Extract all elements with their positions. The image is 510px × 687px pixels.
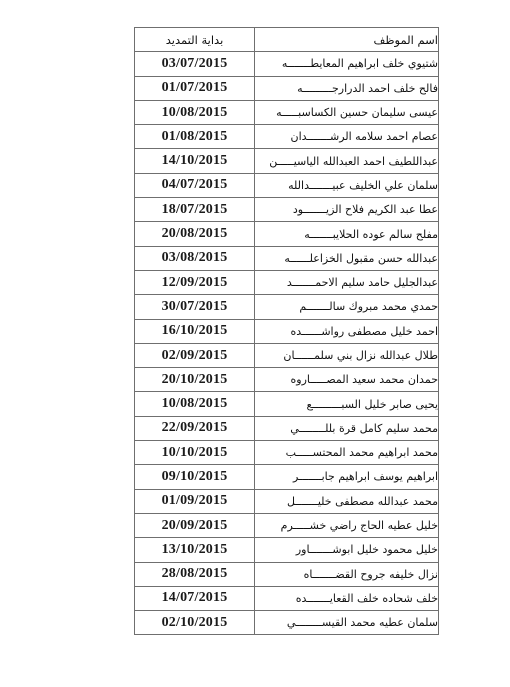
- extension-start-date: 13/10/2015: [135, 538, 255, 562]
- employee-name: سلمان عطيه محمد القيســــــــي: [255, 611, 439, 635]
- extension-start-date: 10/10/2015: [135, 441, 255, 465]
- employee-name: محمد ابراهيم محمد المحتســـــب: [255, 441, 439, 465]
- extension-start-date: 14/07/2015: [135, 586, 255, 610]
- header-employee-name: اسم الموظف: [255, 28, 439, 52]
- employee-name: محمد سليم كامل قرة بللــــــــي: [255, 416, 439, 440]
- table-row: 12/09/2015عبدالجليل حامد سليم الاحمـــــ…: [135, 270, 439, 294]
- extension-start-date: 10/08/2015: [135, 100, 255, 124]
- extension-start-date: 04/07/2015: [135, 173, 255, 197]
- table-row: 13/10/2015خليل محمود خليل ابوشـــــــاور: [135, 538, 439, 562]
- employee-name: سلمان علي الخليف عبيـــــــدالله: [255, 173, 439, 197]
- employee-name: عطا عبد الكريم فلاح الزيـــــــود: [255, 198, 439, 222]
- employee-name: عبداللطيف احمد العبدالله الياسيـــــن: [255, 149, 439, 173]
- employee-name: شتيوي خلف ابراهيم المعايطـــــــه: [255, 52, 439, 76]
- employee-name: خليل عطيه الحاج راضي خشـــــرم: [255, 513, 439, 537]
- extension-start-date: 02/10/2015: [135, 611, 255, 635]
- table-row: 04/07/2015سلمان علي الخليف عبيـــــــدال…: [135, 173, 439, 197]
- extension-start-date: 14/10/2015: [135, 149, 255, 173]
- employee-name: مفلح سالم عوده الحلايبـــــــه: [255, 222, 439, 246]
- extension-start-date: 22/09/2015: [135, 416, 255, 440]
- employee-name: احمد خليل مصطفى رواشــــــده: [255, 319, 439, 343]
- table-header-row: بداية التمديد اسم الموظف: [135, 28, 439, 52]
- employee-name: حمدي محمد مبروك سالـــــــم: [255, 295, 439, 319]
- table-row: 10/08/2015عيسى سليمان حسين الكساسبـــــه: [135, 100, 439, 124]
- table-body: 03/07/2015شتيوي خلف ابراهيم المعايطـــــ…: [135, 52, 439, 635]
- table-row: 20/10/2015حمدان محمد سعيد المصـــــاروه: [135, 368, 439, 392]
- extension-start-date: 12/09/2015: [135, 270, 255, 294]
- employee-name: عصام احمد سلامه الرشـــــــدان: [255, 125, 439, 149]
- extension-start-date: 01/08/2015: [135, 125, 255, 149]
- table-row: 03/07/2015شتيوي خلف ابراهيم المعايطـــــ…: [135, 52, 439, 76]
- table-row: 02/10/2015سلمان عطيه محمد القيســــــــي: [135, 611, 439, 635]
- employee-name: فالح خلف احمد الدرارجـــــــــه: [255, 76, 439, 100]
- table-row: 20/08/2015مفلح سالم عوده الحلايبـــــــه: [135, 222, 439, 246]
- employee-name: عبدالله حسن مقبول الخزاعلــــــه: [255, 246, 439, 270]
- extension-start-date: 10/08/2015: [135, 392, 255, 416]
- table-row: 30/07/2015حمدي محمد مبروك سالـــــــم: [135, 295, 439, 319]
- employee-name: عيسى سليمان حسين الكساسبـــــه: [255, 100, 439, 124]
- extension-start-date: 20/08/2015: [135, 222, 255, 246]
- document-page: بداية التمديد اسم الموظف 03/07/2015شتيوي…: [0, 0, 510, 687]
- employee-name: محمد عبدالله مصطفى خليـــــــل: [255, 489, 439, 513]
- extension-start-date: 20/10/2015: [135, 368, 255, 392]
- extension-start-date: 01/09/2015: [135, 489, 255, 513]
- extension-start-date: 28/08/2015: [135, 562, 255, 586]
- employee-name: طلال عبدالله نزال بني سلمــــــان: [255, 343, 439, 367]
- employee-name: ابراهيم يوسف ابراهيم جابـــــــر: [255, 465, 439, 489]
- table-row: 20/09/2015خليل عطيه الحاج راضي خشـــــرم: [135, 513, 439, 537]
- table-row: 01/07/2015فالح خلف احمد الدرارجـــــــــ…: [135, 76, 439, 100]
- employee-name: خليل محمود خليل ابوشـــــــاور: [255, 538, 439, 562]
- employee-name: عبدالجليل حامد سليم الاحمـــــــد: [255, 270, 439, 294]
- table-row: 10/10/2015محمد ابراهيم محمد المحتســـــب: [135, 441, 439, 465]
- extension-start-date: 16/10/2015: [135, 319, 255, 343]
- extension-start-date: 02/09/2015: [135, 343, 255, 367]
- table-row: 28/08/2015نزال خليفه جروح القضـــــــاه: [135, 562, 439, 586]
- table-row: 18/07/2015عطا عبد الكريم فلاح الزيــــــ…: [135, 198, 439, 222]
- extension-table: بداية التمديد اسم الموظف 03/07/2015شتيوي…: [134, 27, 439, 635]
- extension-start-date: 01/07/2015: [135, 76, 255, 100]
- header-extension-start: بداية التمديد: [135, 28, 255, 52]
- table-row: 16/10/2015احمد خليل مصطفى رواشــــــده: [135, 319, 439, 343]
- extension-start-date: 20/09/2015: [135, 513, 255, 537]
- table-row: 01/09/2015محمد عبدالله مصطفى خليـــــــل: [135, 489, 439, 513]
- table-row: 14/07/2015خلف شحاده خلف القعايـــــــده: [135, 586, 439, 610]
- employee-name: يحيى صابر خليل السبـــــــــع: [255, 392, 439, 416]
- extension-start-date: 18/07/2015: [135, 198, 255, 222]
- employee-name: خلف شحاده خلف القعايـــــــده: [255, 586, 439, 610]
- table-row: 03/08/2015عبدالله حسن مقبول الخزاعلـــــ…: [135, 246, 439, 270]
- table-row: 10/08/2015يحيى صابر خليل السبـــــــــع: [135, 392, 439, 416]
- table-row: 22/09/2015محمد سليم كامل قرة بللــــــــ…: [135, 416, 439, 440]
- extension-start-date: 03/08/2015: [135, 246, 255, 270]
- extension-start-date: 30/07/2015: [135, 295, 255, 319]
- employee-name: نزال خليفه جروح القضـــــــاه: [255, 562, 439, 586]
- table-row: 09/10/2015ابراهيم يوسف ابراهيم جابــــــ…: [135, 465, 439, 489]
- employee-name: حمدان محمد سعيد المصـــــاروه: [255, 368, 439, 392]
- extension-start-date: 09/10/2015: [135, 465, 255, 489]
- table-row: 01/08/2015عصام احمد سلامه الرشـــــــدان: [135, 125, 439, 149]
- table-row: 02/09/2015طلال عبدالله نزال بني سلمـــــ…: [135, 343, 439, 367]
- extension-start-date: 03/07/2015: [135, 52, 255, 76]
- table-row: 14/10/2015عبداللطيف احمد العبدالله الياس…: [135, 149, 439, 173]
